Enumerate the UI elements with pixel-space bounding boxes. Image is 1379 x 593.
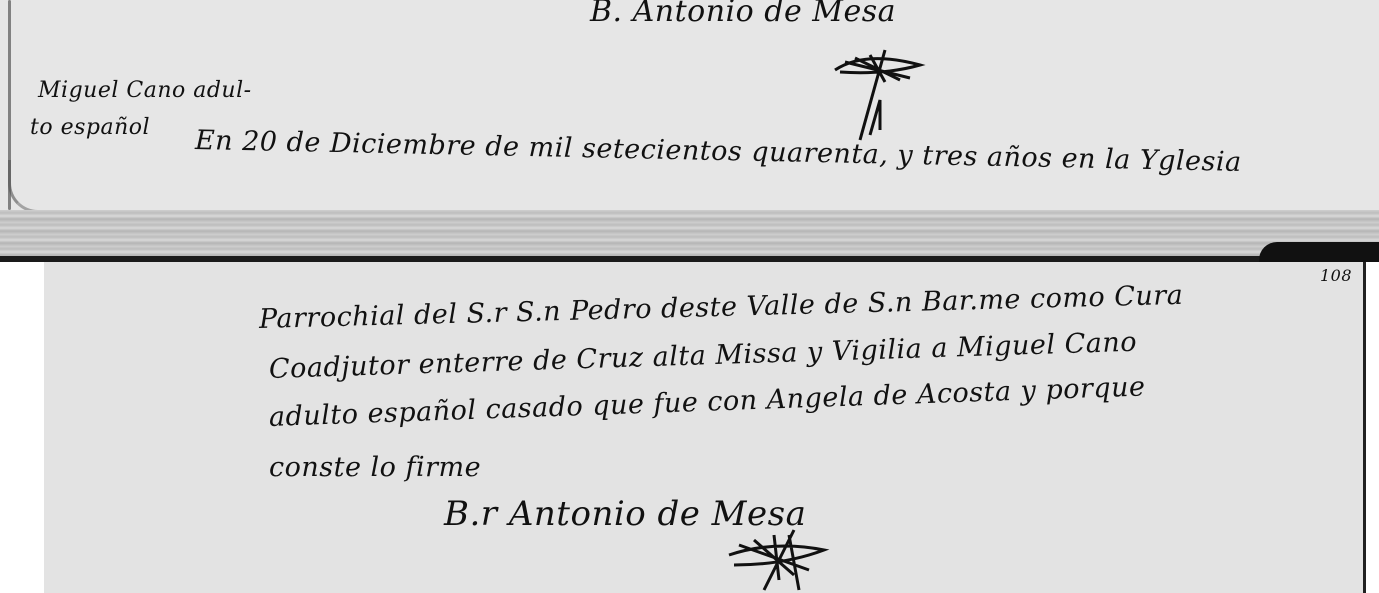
edge-shadow-right xyxy=(1259,242,1379,262)
upper-entry-line: En 20 de Diciembre de mil setecientos qu… xyxy=(195,125,1242,178)
page-corner xyxy=(8,160,61,213)
page-edge xyxy=(0,210,1379,262)
margin-note-line-2: to español xyxy=(30,115,150,140)
rubric-flourish-icon xyxy=(825,40,935,150)
upper-signature: B. Antonio de Mesa xyxy=(590,0,896,29)
lower-page: 108 Parrochial del S.r S.n Pedro deste V… xyxy=(44,262,1366,593)
folio-number: 108 xyxy=(1320,266,1352,285)
scan-margin xyxy=(0,262,44,593)
page-right-edge xyxy=(1363,262,1379,593)
entry-line-1: Parrochial del S.r S.n Pedro deste Valle… xyxy=(259,280,1184,335)
margin-note-line-1: Miguel Cano adul- xyxy=(38,78,252,103)
upper-page: B. Antonio de Mesa Miguel Cano adul- to … xyxy=(0,0,1379,218)
entry-line-4: conste lo firme xyxy=(269,452,481,483)
rubric-flourish-icon xyxy=(724,520,834,593)
